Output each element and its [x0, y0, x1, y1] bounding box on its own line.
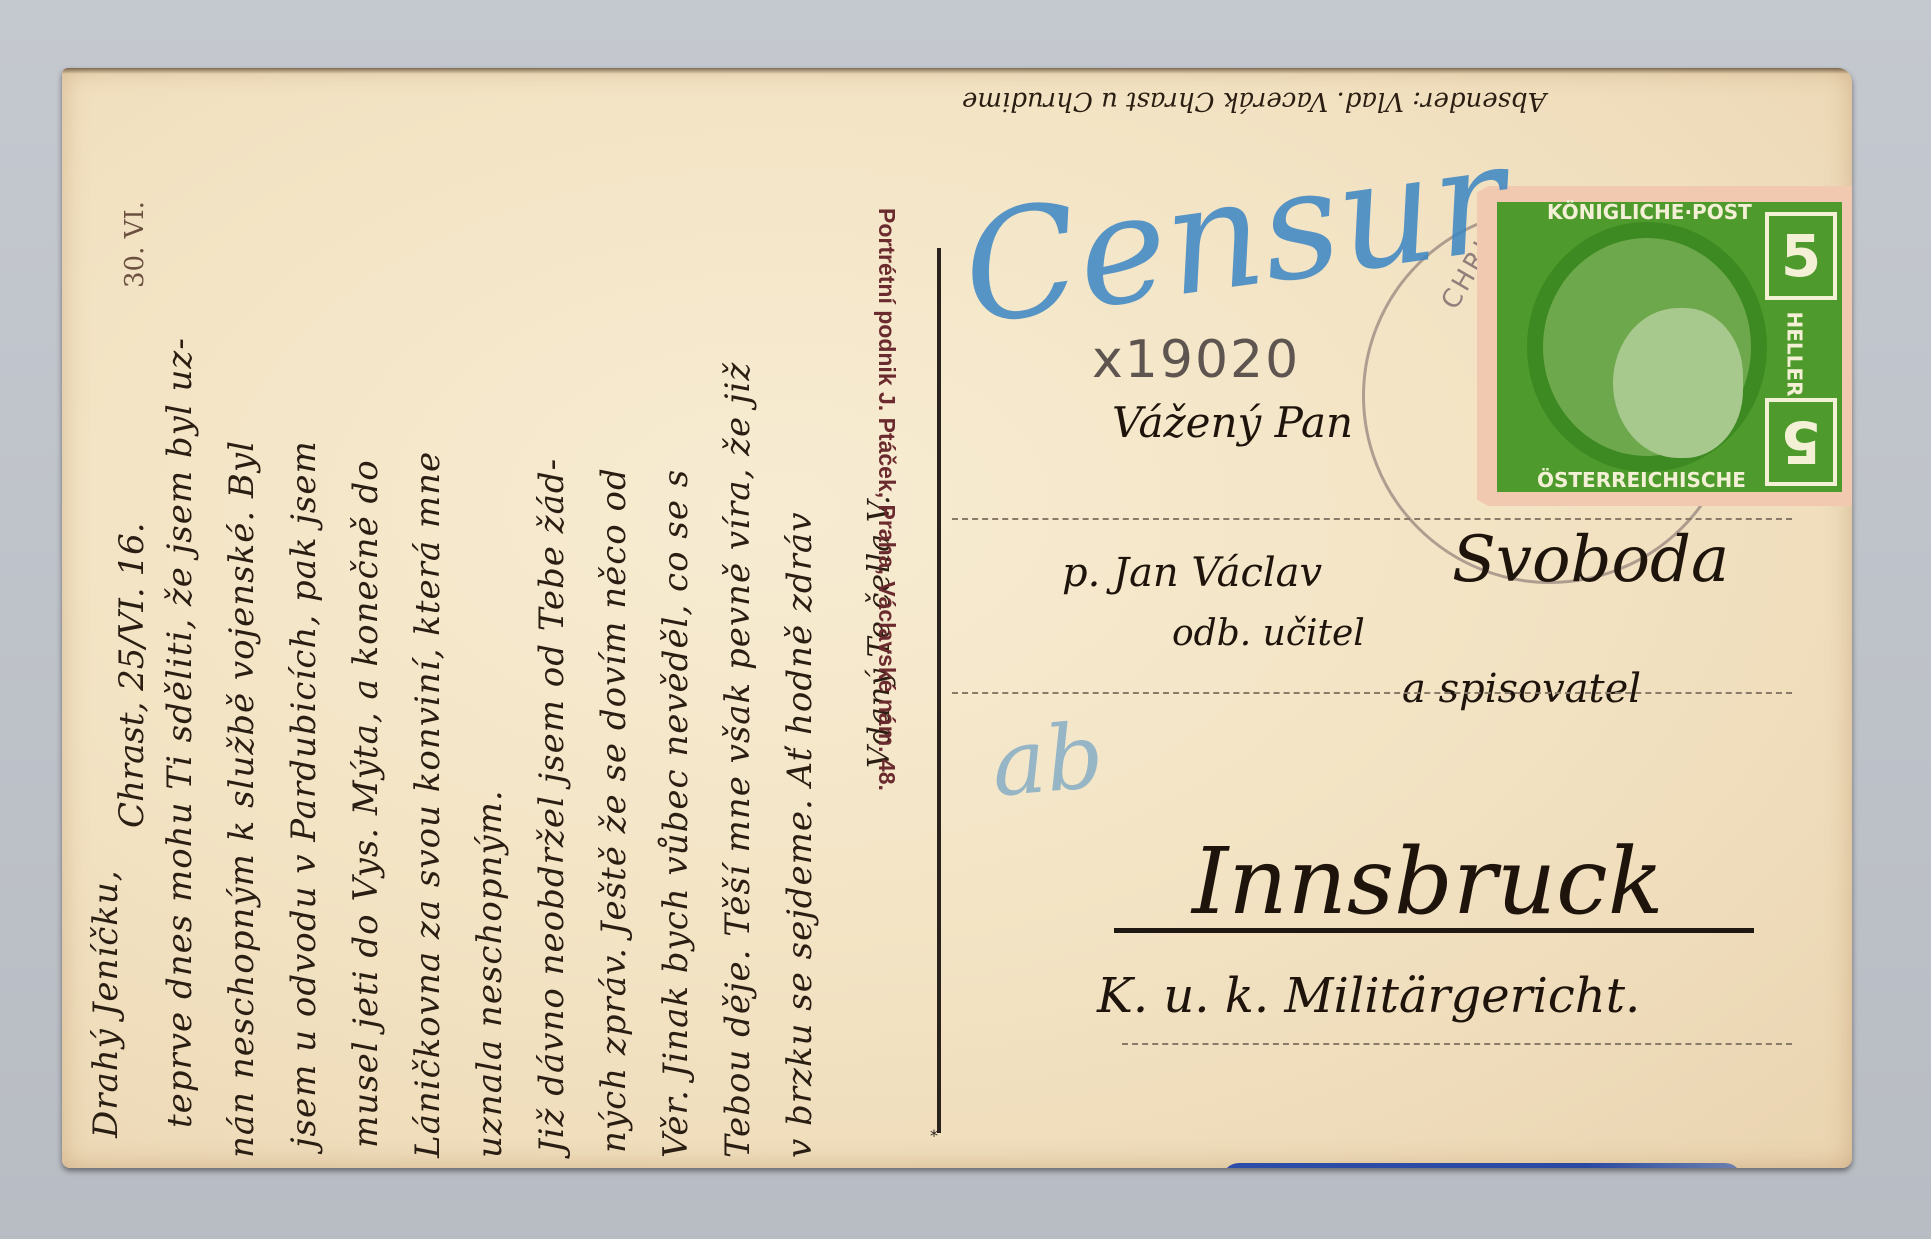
message-line: nán neschopným k službě vojenské. Byl [222, 440, 262, 1158]
message-line: Věr. Jinak bych vůbec nevěděl, co se s [656, 469, 696, 1158]
address-institution: K. u. k. Militärgericht. [1097, 968, 1640, 1024]
publisher-imprint: Portrétní podnik J. Ptáček, Praha, Václa… [873, 208, 900, 791]
message-line: teprve dnes mohu Ti sděliti, že jsem byl… [160, 337, 200, 1128]
message-line: v brzku se sejdeme. Ať hodně zdráv [780, 512, 820, 1158]
message-line: Láničkovna za svou konviní, která mne [408, 451, 448, 1158]
postcard: Chrast, 25/VI. 16. 30. VI. Drahý Jeníčku… [62, 68, 1852, 1168]
message-line: Již dávno neobdržel jsem od Tebe žád- [532, 458, 572, 1153]
message-line: Drahý Jeníčku, [86, 869, 126, 1138]
sender-note: Absender: Vlad. Vacerák Chrast u Chrudim… [962, 86, 1842, 116]
stamp-face: KÖNIGLICHE·POST ÖSTERREICHISCHE 5 5 HELL… [1497, 202, 1842, 492]
address-surname: Svoboda [1452, 523, 1729, 597]
stamp-text-top: KÖNIGLICHE·POST [1547, 200, 1752, 224]
divider-line [937, 248, 941, 1133]
portrait-icon [1613, 308, 1743, 458]
blue-crayon-bar [1222, 1163, 1742, 1168]
crayon-mark: ab [988, 703, 1108, 817]
address-salutation: Vážený Pan [1112, 398, 1353, 447]
message-line: uznala neschopným. [470, 789, 510, 1158]
message-line: Tebou děje. Těší mne však pevně víra, že… [718, 362, 758, 1158]
stamp-value-top: 5 [1765, 212, 1837, 300]
address-name-prefix: p. Jan Václav [1062, 550, 1322, 596]
pencil-number: x19020 [1092, 330, 1300, 390]
postage-stamp: KÖNIGLICHE·POST ÖSTERREICHISCHE 5 5 HELL… [1477, 186, 1852, 506]
address-line [952, 692, 1792, 694]
address-city: Innsbruck [1192, 828, 1663, 935]
address-title-1: odb. učitel [1172, 613, 1365, 654]
stamp-portrait-frame [1527, 222, 1767, 472]
stamp-value-bottom: 5 [1765, 398, 1837, 486]
message-line: ných zpráv. Ještě že se dovím něco od [594, 467, 634, 1153]
divider-star: * [930, 1126, 938, 1145]
address-title-2: a spisovatel [1402, 666, 1641, 712]
place-date: Chrast, 25/VI. 16. [112, 522, 152, 828]
address-line [952, 518, 1792, 520]
received-date: 30. VI. [120, 201, 150, 288]
address-line [1122, 1043, 1792, 1045]
city-underline [1114, 928, 1754, 933]
message-line: jsem u odvodu v Pardubicích, pak jsem [284, 440, 324, 1148]
stamp-text-bottom: ÖSTERREICHISCHE [1537, 468, 1746, 492]
message-line: musel jeti do Vys. Mýta, a konečně do [346, 459, 386, 1148]
stamp-currency: HELLER [1782, 312, 1806, 397]
